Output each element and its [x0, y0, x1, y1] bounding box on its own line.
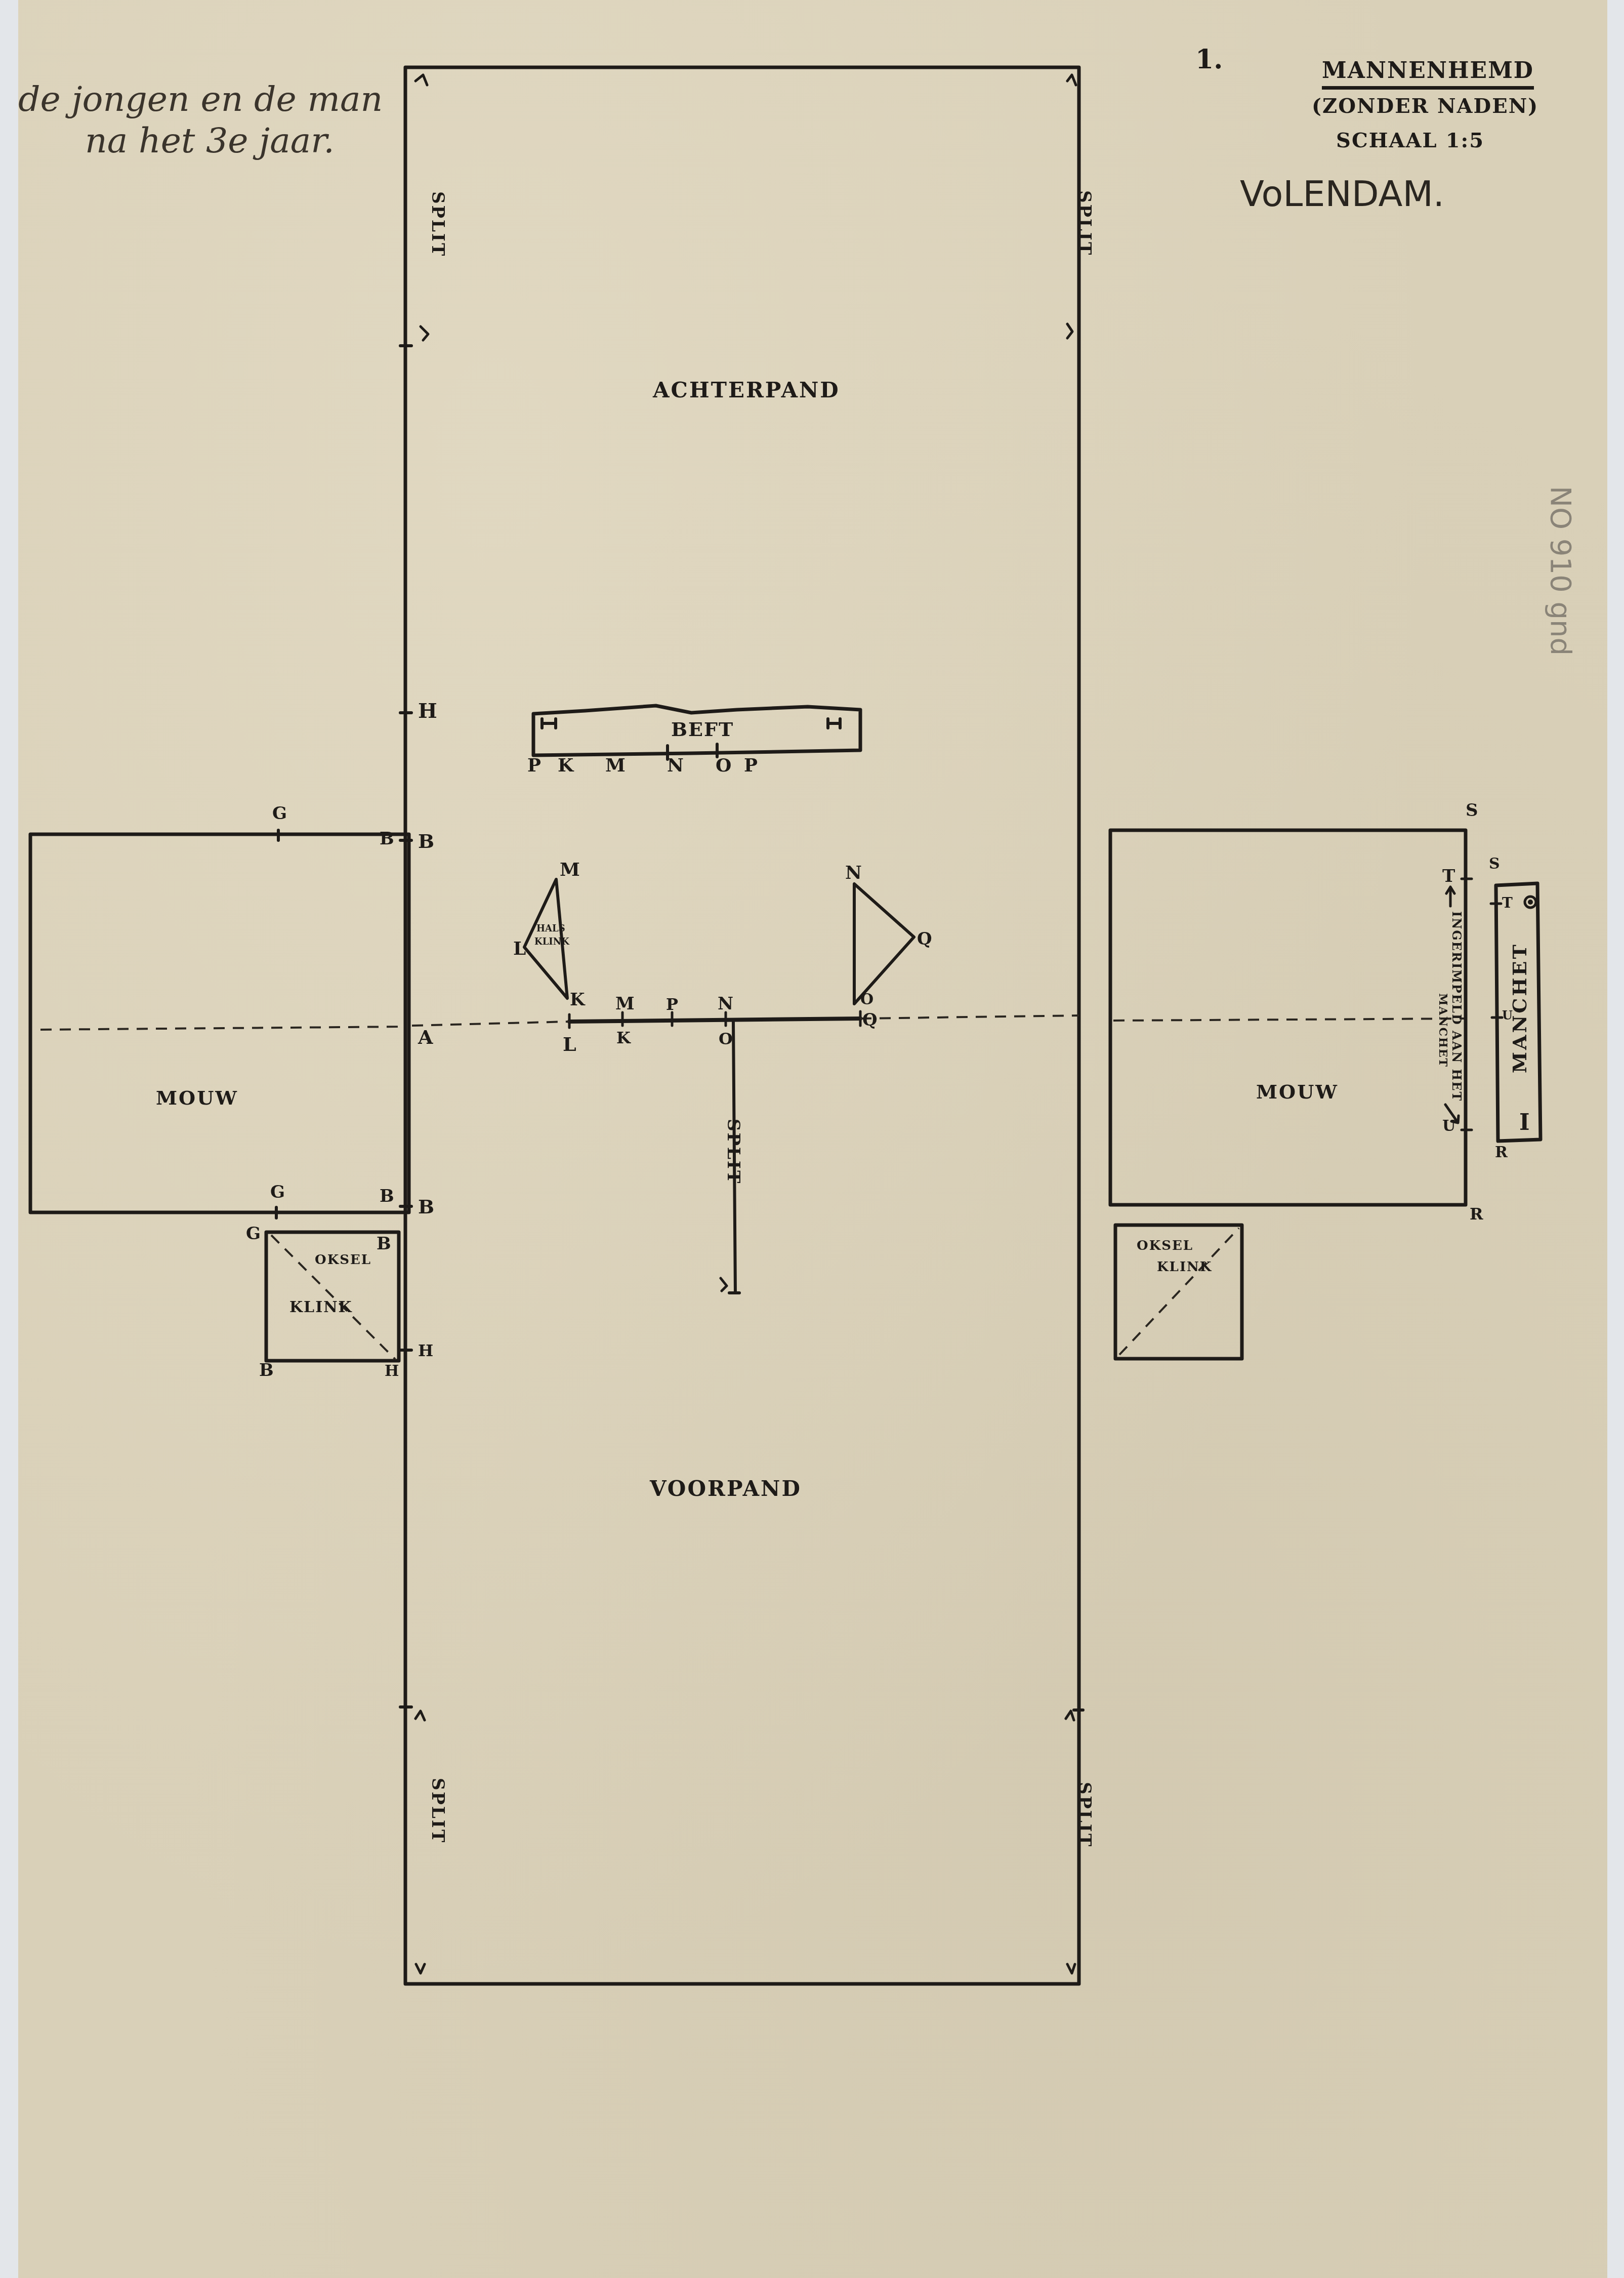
neck-point-M: M — [615, 995, 635, 1012]
bib-point-P-right: P — [744, 756, 758, 775]
bib-point-N: N — [667, 756, 684, 775]
right-sleeve-point-R: R — [1470, 1206, 1483, 1222]
right-gusset-label-line2: KLINK — [1157, 1260, 1212, 1274]
left-sleeve-label: MOUW — [156, 1088, 238, 1108]
sheet-number: 1. — [1195, 47, 1223, 73]
bib-point-O: O — [716, 756, 731, 775]
left-sleeve-point-G-top: G — [272, 805, 287, 822]
pencil-margin-note: NO 910 gnd — [1544, 486, 1577, 656]
neck-gusset-label-line1: HALS — [536, 924, 565, 933]
split-label-top-left: SPLIT — [429, 191, 446, 257]
left-sleeve-point-G-bottom: G — [270, 1184, 285, 1201]
back-panel-label: ACHTERPAND — [653, 380, 840, 401]
neck-point-Q: Q — [862, 1011, 878, 1029]
left-gusset-point-H: H — [385, 1364, 399, 1379]
gusset-point-M: M — [560, 861, 580, 879]
left-sleeve-point-B-bottom: B — [380, 1188, 394, 1205]
mark-H-lower: H — [418, 1343, 433, 1359]
cuff-point-S: S — [1489, 857, 1500, 872]
gusset-point-K: K — [570, 991, 585, 1008]
mark-B-lower: B — [418, 1197, 434, 1216]
mark-A: A — [418, 1028, 433, 1047]
neckline — [569, 1019, 860, 1022]
neck-gusset-right-outline — [854, 884, 914, 1004]
left-sleeve-point-B-top: B — [380, 830, 394, 847]
body-panel-outline — [405, 67, 1079, 1984]
right-sleeve-point-U: U — [1442, 1119, 1455, 1134]
left-gusset-point-B-bottom: B — [259, 1362, 274, 1379]
right-sleeve-note-line2: MANCHET — [1437, 993, 1448, 1068]
right-gusset-point-N: N — [845, 864, 862, 882]
bib-point-P-left: P — [527, 756, 541, 775]
right-sleeve-note-line1: INGERIMPELD AAN HET — [1450, 911, 1463, 1102]
pattern-drawing — [18, 0, 1607, 2278]
neck-point-P: P — [666, 996, 678, 1012]
split-chevrons — [415, 75, 1076, 1973]
bib-point-M: M — [605, 756, 626, 775]
handwritten-note-line1: de jongen en de man — [18, 80, 383, 119]
neck-point-L: L — [563, 1035, 576, 1054]
mark-H-upper: H — [418, 701, 437, 721]
split-label-top-right: SPLIT — [1076, 190, 1093, 256]
left-sleeve-outline — [30, 834, 409, 1212]
neck-point-O: O — [719, 1031, 733, 1047]
right-gusset-point-O: O — [860, 992, 873, 1007]
pattern-title: MANNENHEMD — [1322, 60, 1534, 90]
right-gusset-label-line1: OKSEL — [1137, 1239, 1193, 1252]
neck-gusset-label-line2: KLINK — [534, 938, 569, 947]
bib-point-K: K — [558, 756, 573, 775]
left-gusset-point-G: G — [246, 1225, 261, 1242]
mark-B-upper: B — [418, 832, 434, 851]
left-gusset-label-line2: KLINK — [289, 1300, 353, 1315]
left-gusset-point-B-top: B — [377, 1235, 391, 1252]
center-slit-label: SPLIT — [725, 1119, 742, 1185]
cuff-label: MANCHET — [1510, 943, 1529, 1073]
bib-label: BEFT — [671, 720, 734, 739]
right-gusset-point-Q: Q — [917, 930, 932, 948]
front-panel-label: VOORPAND — [650, 1478, 802, 1499]
cuff-point-U: U — [1502, 1009, 1513, 1022]
right-sleeve-outline — [1110, 830, 1466, 1205]
scale-label: SCHAAL 1:5 — [1336, 131, 1484, 151]
pattern-subtitle: (ZONDER NADEN) — [1312, 96, 1538, 116]
neck-point-N: N — [718, 995, 733, 1012]
split-label-bottom-right: SPLIT — [1076, 1782, 1093, 1848]
right-sleeve-point-T: T — [1442, 868, 1455, 885]
gusset-point-L: L — [513, 940, 526, 958]
pattern-sheet: 1. MANNENHEMD (ZONDER NADEN) SCHAAL 1:5 … — [18, 0, 1607, 2278]
right-sleeve-label: MOUW — [1256, 1082, 1339, 1102]
cuff-mark-I: I — [1519, 1112, 1530, 1134]
neck-point-K: K — [616, 1030, 631, 1046]
split-label-bottom-left: SPLIT — [429, 1778, 446, 1844]
place-label: VoLENDAM. — [1240, 176, 1444, 212]
right-sleeve-point-S: S — [1466, 802, 1478, 819]
handwritten-note-line2: na het 3e jaar. — [85, 121, 335, 161]
cuff-point-T: T — [1502, 896, 1513, 910]
left-gusset-label-line1: OKSEL — [315, 1253, 371, 1267]
cuff-point-R: R — [1495, 1145, 1508, 1160]
